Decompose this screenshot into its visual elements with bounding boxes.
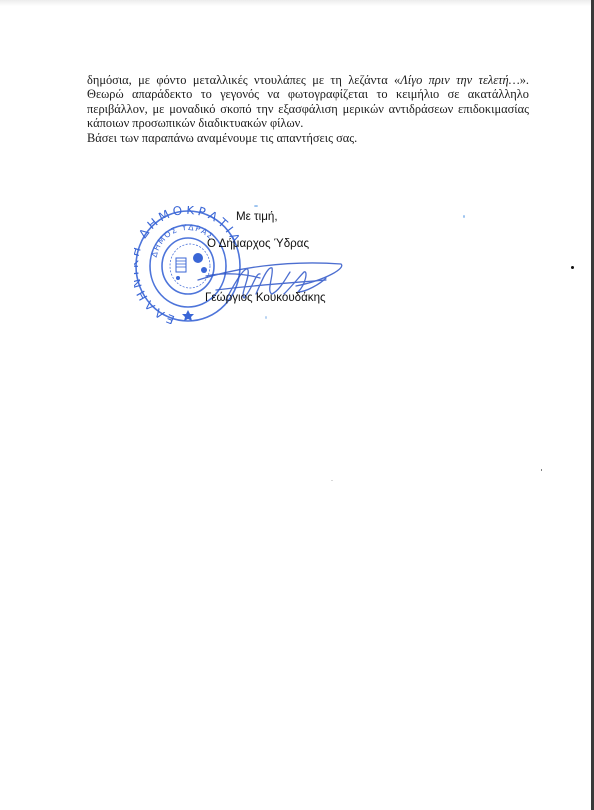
scan-speck (571, 266, 574, 269)
paragraph-text-end: ». (520, 73, 529, 87)
signatory-name: Γεώργιος Κουκουδάκης (205, 291, 326, 304)
scan-speck (254, 205, 258, 207)
scan-speck (331, 480, 333, 481)
caption-quote: Λίγο πριν την τελετή… (400, 73, 519, 87)
scan-speck (541, 469, 542, 471)
document-page: δημόσια, με φόντο μεταλλικές ντουλάπες μ… (0, 0, 591, 810)
scan-speck (463, 215, 465, 218)
paragraph-opinion: Θεωρώ απαράδεκτο το γεγονός να φωτογραφί… (87, 87, 529, 130)
paragraph-text: δημόσια, με φόντο μεταλλικές ντουλάπες μ… (87, 73, 400, 87)
scan-speck (265, 316, 267, 319)
signatory-title: Ο Δήμαρχος Ύδρας (207, 237, 309, 250)
paragraph-request: Βάσει των παραπάνω αναμένουμε τις απαντή… (87, 131, 529, 145)
paragraph-caption: δημόσια, με φόντο μεταλλικές ντουλάπες μ… (87, 73, 529, 87)
letter-body: δημόσια, με φόντο μεταλλικές ντουλάπες μ… (87, 73, 529, 145)
closing-salutation: Με τιμή, (236, 210, 278, 223)
